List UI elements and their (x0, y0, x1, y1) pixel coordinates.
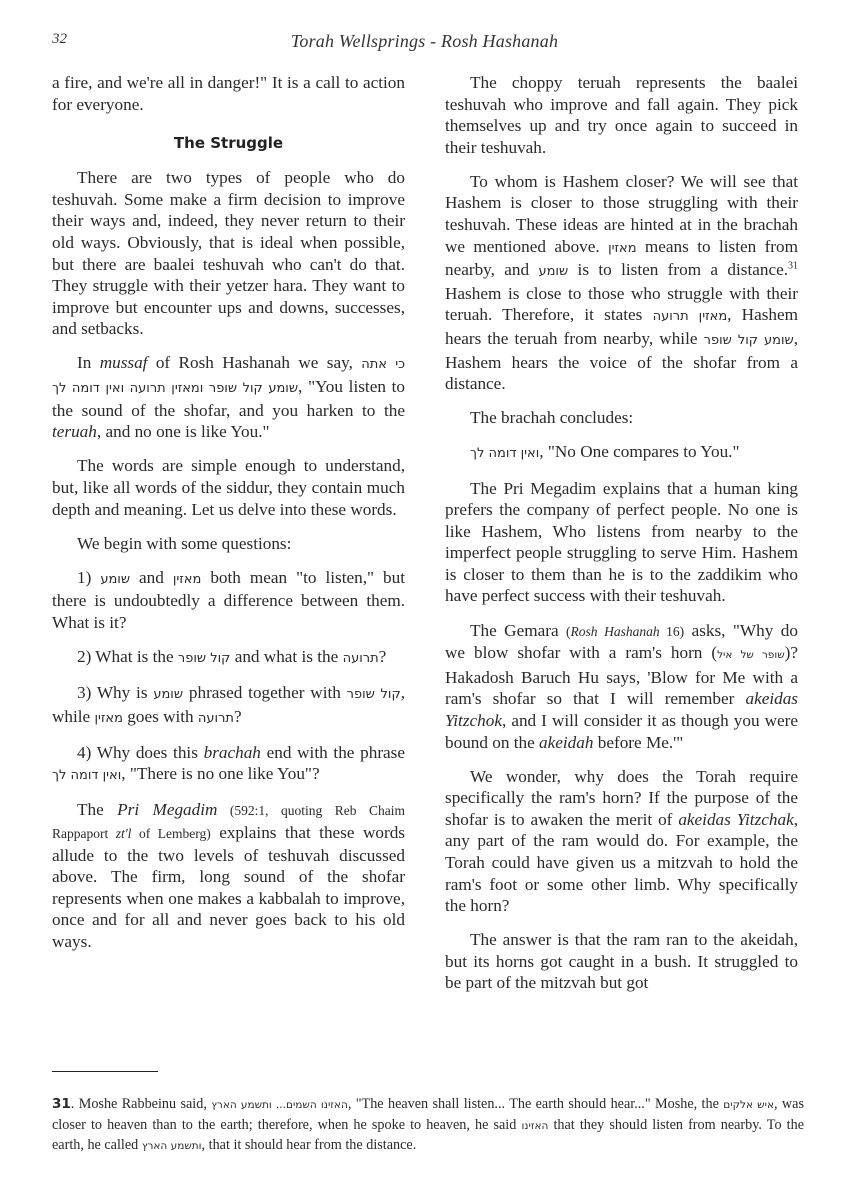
running-head: 32 Torah Wellsprings - Rosh Hashanah (52, 31, 797, 55)
paragraph: To whom is Hashem closer? We will see th… (445, 171, 798, 395)
question-1: 1) שומע and מאזין both mean "to listen,"… (52, 567, 405, 634)
paragraph: We wonder, why does the Torah require sp… (445, 766, 798, 917)
question-2: 2) What is the קול שופר and what is the … (52, 646, 405, 670)
paragraph: There are two types of people who do tes… (52, 167, 405, 340)
paragraph: The words are simple enough to understan… (52, 455, 405, 520)
paragraph: The choppy teruah represents the baalei … (445, 72, 798, 158)
paragraph: In mussaf of Rosh Hashanah we say, כי את… (52, 352, 405, 442)
footnote-divider (52, 1071, 158, 1072)
paragraph: a fire, and we're all in danger!" It is … (52, 72, 405, 115)
paragraph: ואין דומה לך, "No One compares to You." (445, 441, 798, 465)
footnote: 31. Moshe Rabbeinu said, האזינו השמים...… (52, 1095, 804, 1157)
paragraph: The brachah concludes: (445, 407, 798, 429)
footnote-number: 31 (52, 1096, 71, 1112)
question-4: 4) Why does this brachah end with the ph… (52, 742, 405, 787)
footnote-ref[interactable]: 31 (788, 261, 798, 272)
left-column: a fire, and we're all in danger!" It is … (52, 72, 405, 965)
paragraph: The answer is that the ram ran to the ak… (445, 929, 798, 994)
paragraph: The Gemara (Rosh Hashanah 16) asks, "Why… (445, 620, 798, 754)
paragraph: The Pri Megadim (592:1, quoting Reb Chai… (52, 799, 405, 952)
section-heading: The Struggle (52, 133, 405, 153)
question-3: 3) Why is שומע phrased together with קול… (52, 682, 405, 729)
paragraph: We begin with some questions: (52, 533, 405, 555)
right-column: The choppy teruah represents the baalei … (445, 72, 798, 1007)
paragraph: The Pri Megadim explains that a human ki… (445, 478, 798, 608)
book-title: Torah Wellsprings - Rosh Hashanah (52, 31, 797, 52)
